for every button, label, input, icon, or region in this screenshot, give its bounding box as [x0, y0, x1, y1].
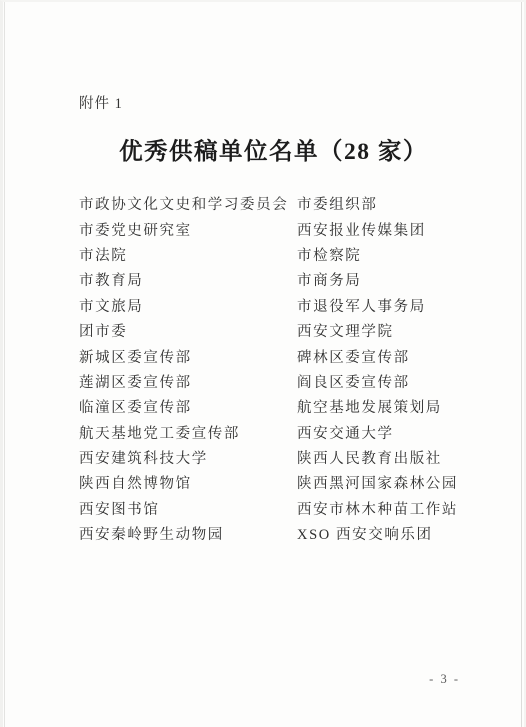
unit-list: 市政协文化文史和学习委员会 市委组织部 市委党史研究室 西安报业传媒集团 市法院…: [79, 191, 474, 546]
unit-name-right: 市退役军人事务局: [297, 295, 474, 316]
list-row: 西安图书馆 西安市林木种苗工作站: [79, 496, 474, 521]
unit-name-left: 新城区委宣传部: [79, 346, 297, 367]
unit-name-left: 西安秦岭野生动物园: [79, 523, 297, 544]
unit-name-right: 西安文理学院: [297, 320, 474, 341]
unit-name-left: 市教育局: [79, 269, 297, 290]
attachment-label: 附件 1: [79, 92, 123, 113]
unit-name-right: 市委组织部: [297, 193, 474, 214]
unit-name-right: 西安报业传媒集团: [297, 219, 474, 240]
unit-name-left: 陕西自然博物馆: [79, 472, 297, 493]
unit-name-left: 莲湖区委宣传部: [79, 371, 297, 392]
document-page: 附件 1 优秀供稿单位名单（28 家） 市政协文化文史和学习委员会 市委组织部 …: [0, 0, 526, 727]
list-row: 市文旅局 市退役军人事务局: [79, 293, 474, 318]
list-row: 莲湖区委宣传部 阎良区委宣传部: [79, 369, 474, 394]
list-row: 团市委 西安文理学院: [79, 318, 474, 343]
unit-name-left: 市政协文化文史和学习委员会: [79, 193, 297, 214]
unit-name-left: 临潼区委宣传部: [79, 396, 297, 417]
page-number: - 3 -: [429, 672, 460, 687]
unit-name-right: 市检察院: [297, 244, 474, 265]
list-row: 市委党史研究室 西安报业传媒集团: [79, 216, 474, 241]
unit-name-right: 陕西人民教育出版社: [297, 447, 474, 468]
list-row: 市教育局 市商务局: [79, 267, 474, 292]
list-row: 市法院 市检察院: [79, 242, 474, 267]
document-title: 优秀供稿单位名单（28 家）: [78, 132, 469, 166]
unit-name-left: 团市委: [79, 320, 297, 341]
list-row: 临潼区委宣传部 航空基地发展策划局: [79, 394, 474, 419]
unit-name-left: 西安建筑科技大学: [79, 447, 297, 468]
unit-name-right: XSO 西安交响乐团: [297, 523, 474, 544]
list-row: 陕西自然博物馆 陕西黑河国家森林公园: [79, 470, 474, 495]
unit-name-left: 航天基地党工委宣传部: [79, 422, 297, 443]
unit-name-right: 市商务局: [297, 269, 474, 290]
unit-name-right: 航空基地发展策划局: [297, 396, 474, 417]
list-row: 市政协文化文史和学习委员会 市委组织部: [79, 191, 474, 216]
unit-name-left: 市文旅局: [79, 295, 297, 316]
list-row: 新城区委宣传部 碑林区委宣传部: [79, 343, 474, 368]
unit-name-right: 陕西黑河国家森林公园: [297, 472, 474, 493]
unit-name-right: 碑林区委宣传部: [297, 346, 474, 367]
unit-name-left: 西安图书馆: [79, 498, 297, 519]
list-row: 航天基地党工委宣传部 西安交通大学: [79, 420, 474, 445]
unit-name-right: 西安市林木种苗工作站: [297, 498, 474, 519]
unit-name-left: 市法院: [79, 244, 297, 265]
unit-name-left: 市委党史研究室: [79, 219, 297, 240]
list-row: 西安秦岭野生动物园 XSO 西安交响乐团: [79, 521, 474, 546]
unit-name-right: 阎良区委宣传部: [297, 371, 474, 392]
unit-name-right: 西安交通大学: [297, 422, 474, 443]
list-row: 西安建筑科技大学 陕西人民教育出版社: [79, 445, 474, 470]
